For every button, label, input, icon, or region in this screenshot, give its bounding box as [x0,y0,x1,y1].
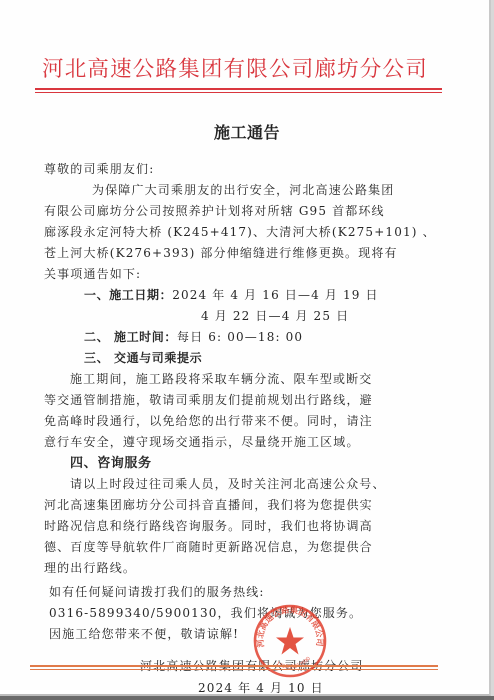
header-rule-top [35,88,442,90]
service-line: 河北高速集团廊坊分公司抖音直播间，我们将为您提供实 [44,495,373,516]
apology-line: 因施工给您带来不便，敬请谅解! [49,624,239,645]
section-time-heading: 二、 施工时间： [84,330,177,344]
salutation: 尊敬的司乘朋友们: [44,159,154,180]
intro-line: 关事项通告如下: [44,264,141,285]
service-line: 理的出行路线。 [44,558,136,579]
intro-line: 苍上河大桥(K276+393) 部分伸缩缝进行维修更换。现将有 [44,243,398,264]
intro-line: 为保障广大司乘朋友的出行安全，河北高速公路集团 [92,180,394,201]
footer-rule-top [30,665,438,667]
section-time: 二、 施工时间：每日 6: 00—18: 00 [84,327,303,348]
section-tips-heading: 三、 交通与司乘提示 [84,348,202,369]
service-line: 时路况信息和绕行路线咨询服务。同时，我们也将协调高 [44,516,373,537]
tips-line: 意行车安全，遵守现场交通指示，尽量绕开施工区域。 [44,432,360,453]
service-line: 请以上时段过往司乘人员，及时关注河北高速公众号、 [70,474,386,495]
scan-edge-shadow [0,696,494,700]
section-dates: 一、施工日期：2024 年 4 月 16 日—4 月 19 日 [84,285,379,306]
intro-line: 有限公司廊坊分公司按照养护计划将对所辖 G95 首都环线 [44,201,385,222]
section-dates-range-2: 4 月 22 日—4 月 25 日 [201,306,349,327]
tips-line: 施工期间，施工路段将采取车辆分流、限车型或断交 [70,369,372,390]
official-seal-icon: 河北高速公路集团有限公司廊坊分公司 1310030135900 [252,603,328,679]
document-page: 河北高速公路集团有限公司廊坊分公司 施工通告 尊敬的司乘朋友们: 为保障广大司乘… [0,0,491,696]
service-line: 德、百度等导航软件厂商随时更新路况信息，为您提供合 [44,537,373,558]
section-service-heading: 四、咨询服务 [70,453,152,474]
org-letterhead: 河北高速公路集团有限公司廊坊分公司 [42,56,434,84]
tips-line: 免高峰时段通行，以免给您的出行带来不便。同时，请注 [44,411,373,432]
footer-rule-bottom [30,669,438,670]
tips-line: 等交通管制措施，敬请司乘朋友们提前规划出行路线，避 [44,390,373,411]
header-rule-bottom [35,92,442,93]
intro-line: 廊涿段永定河特大桥 (K245+417)、大清河大桥(K275+101) 、 [44,222,436,243]
section-time-value: 每日 6: 00—18: 00 [177,330,303,344]
hotline-intro: 如有任何疑问请拨打我们的服务热线: [49,582,265,603]
section-dates-range-1: 2024 年 4 月 16 日—4 月 19 日 [172,288,378,302]
section-dates-heading: 一、施工日期： [84,288,172,302]
notice-title: 施工通告 [0,120,494,143]
